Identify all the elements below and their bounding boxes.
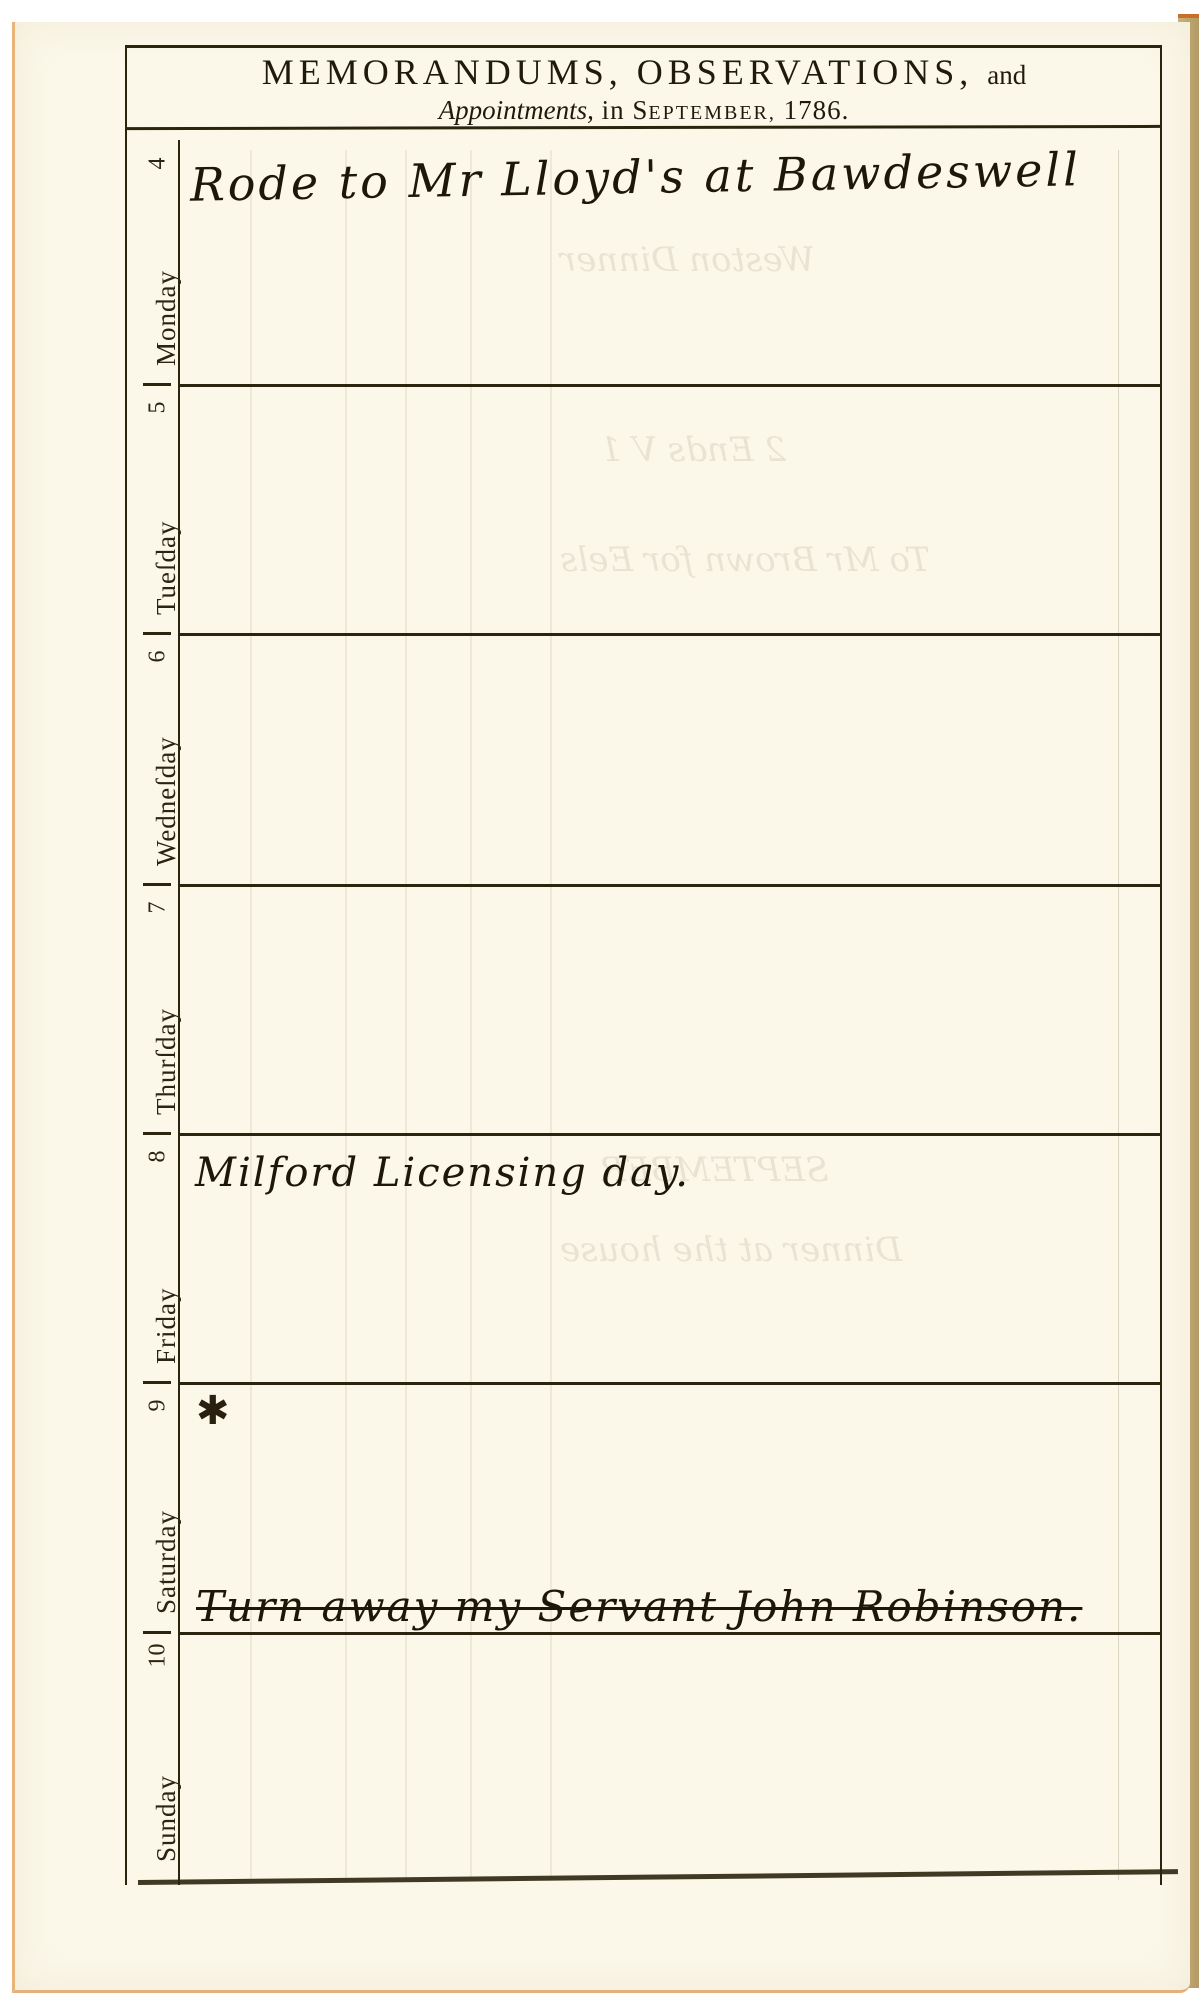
page-header: MEMORANDUMS, OBSERVATIONS, and Appointme… — [127, 48, 1161, 128]
day-divider — [178, 1382, 1161, 1385]
day-divider — [178, 1632, 1161, 1635]
day-name: Friday — [153, 1288, 180, 1365]
day-number: 10 — [145, 1641, 172, 1671]
day-number: 4 — [145, 149, 172, 179]
header-title: MEMORANDUMS, OBSERVATIONS, and — [127, 52, 1161, 95]
asterisk-mark-icon: ✱ — [196, 1388, 230, 1434]
handwritten-entry-friday: Milford Licensing day. — [195, 1150, 690, 1196]
day-divider — [178, 633, 1161, 636]
day-number: 6 — [145, 642, 172, 672]
day-row-thursday: 7 Thurſday — [127, 884, 1161, 1133]
day-row-tuesday: 5 Tueſday — [127, 384, 1161, 633]
day-row-sunday: 10 Sunday — [127, 1632, 1161, 1880]
day-number: 5 — [145, 393, 172, 423]
header-subtitle: Appointments, in SEPTEMBER, 1786. — [127, 94, 1161, 129]
day-number: 8 — [145, 1142, 172, 1172]
day-name: Tueſday — [153, 520, 180, 615]
day-number: 7 — [145, 893, 172, 923]
day-name: Monday — [153, 270, 180, 366]
day-divider — [178, 884, 1161, 887]
day-name: Thurſday — [153, 1008, 180, 1115]
struck-through-entry: Turn away my Servant John Robinson. — [196, 1582, 1082, 1631]
day-number: 9 — [145, 1391, 172, 1421]
day-name: Wedneſday — [153, 736, 180, 866]
day-divider — [178, 1133, 1161, 1136]
day-name: Saturday — [153, 1510, 180, 1614]
day-divider — [178, 384, 1161, 387]
day-row-wednesday: 6 Wedneſday — [127, 633, 1161, 884]
day-name: Sunday — [153, 1775, 180, 1862]
